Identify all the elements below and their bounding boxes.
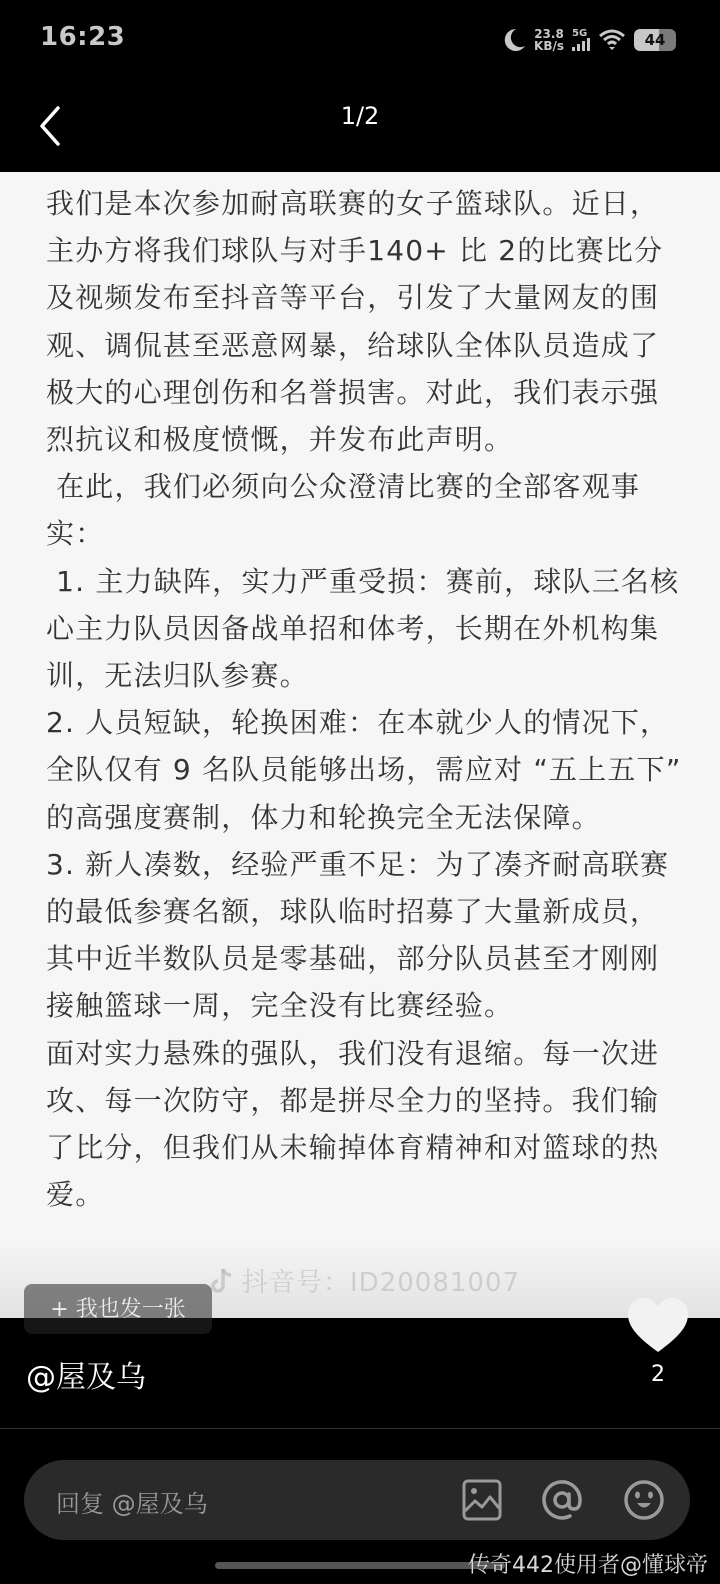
emoji-icon <box>622 1478 666 1522</box>
paragraph-clarify: 在此，我们必须向公众澄清比赛的全部客观事实： <box>46 463 686 557</box>
douyin-watermark: 抖音号：ID20081007 <box>210 1262 520 1299</box>
nav-bar: 1/2 <box>0 80 720 170</box>
like-count: 2 <box>626 1362 690 1387</box>
status-icons: 23.8 KB/s 5G 44 <box>502 24 676 56</box>
paragraph-point-1: 1. 主力缺阵，实力严重受损：赛前，球队三名核心主力队员因备战单招和体考，长期在… <box>46 558 686 700</box>
speed-unit: KB/s <box>534 40 564 52</box>
mention-button[interactable] <box>540 1478 584 1522</box>
cellular: 5G <box>572 29 590 51</box>
reply-input[interactable]: 回复 @屋及乌 <box>24 1460 690 1540</box>
status-time: 16:23 <box>40 22 125 52</box>
author-name[interactable]: @屋及乌 <box>26 1352 146 1396</box>
credit-watermark: 传奇442使用者@懂球帝 <box>468 1548 708 1579</box>
paragraph-intro: 我们是本次参加耐高联赛的女子篮球队。近日，主办方将我们球队与对手140+ 比 2… <box>46 180 686 463</box>
status-bar: 16:23 23.8 KB/s 5G 44 <box>0 0 720 80</box>
post-one-too-button[interactable]: + 我也发一张 <box>24 1284 212 1334</box>
watermark-text: 抖音号：ID20081007 <box>242 1262 520 1299</box>
emoji-button[interactable] <box>622 1478 666 1522</box>
reply-placeholder: 回复 @屋及乌 <box>56 1484 208 1519</box>
page-indicator: 1/2 <box>0 102 720 130</box>
home-indicator[interactable] <box>215 1562 505 1569</box>
image-icon <box>460 1478 504 1522</box>
image-viewer[interactable]: 我们是本次参加耐高联赛的女子篮球队。近日，主办方将我们球队与对手140+ 比 2… <box>0 172 720 1318</box>
like-button[interactable] <box>626 1296 690 1356</box>
paragraph-closing: 面对实力悬殊的强队，我们没有退缩。每一次进攻、每一次防守，都是拼尽全力的坚持。我… <box>46 1030 686 1219</box>
network-type: 5G <box>572 29 587 39</box>
statement-text: 我们是本次参加耐高联赛的女子篮球队。近日，主办方将我们球队与对手140+ 比 2… <box>46 180 686 1218</box>
at-icon <box>540 1478 584 1522</box>
heart-icon <box>626 1296 690 1356</box>
divider <box>0 1428 720 1429</box>
battery-icon: 44 <box>634 29 676 51</box>
signal-icon <box>572 39 590 51</box>
paragraph-point-3: 3. 新人凑数，经验严重不足：为了凑齐耐高联赛的最低参赛名额，球队临时招募了大量… <box>46 841 686 1030</box>
paragraph-point-2: 2. 人员短缺，轮换困难：在本就少人的情况下，全队仅有 9 名队员能够出场，需应… <box>46 699 686 841</box>
moon-icon <box>502 27 526 53</box>
network-speed: 23.8 KB/s <box>534 28 564 52</box>
tiktok-logo-icon <box>210 1267 234 1295</box>
image-button[interactable] <box>460 1478 504 1522</box>
wifi-icon <box>598 28 626 52</box>
